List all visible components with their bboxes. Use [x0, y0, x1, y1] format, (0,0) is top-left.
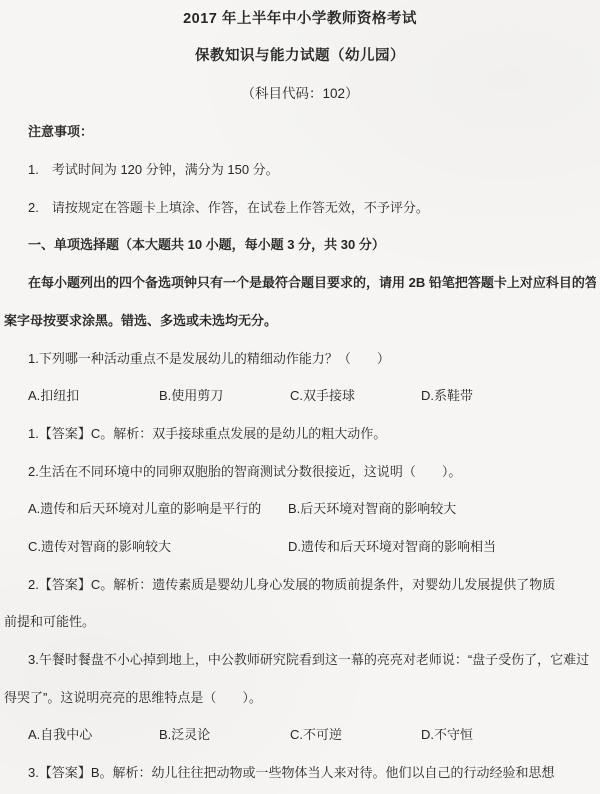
question-2-option-a: A.遗传和后天环境对儿童的影响是平行的	[28, 502, 288, 515]
notice-heading: 注意事项：	[4, 113, 596, 151]
question-3-option-a: A.自我中心	[28, 728, 159, 741]
section-one-instruction-line-1: 在每小题列出的四个备选项钟只有一个是最符合题目要求的，请用 2B 铅笔把答题卡上…	[4, 264, 596, 302]
question-3-stem-line-1: 3.午餐时餐盘不小心掉到地上，中公教师研究院看到这一幕的亮亮对老师说：“盘子受伤…	[4, 641, 596, 679]
question-3-options: A.自我中心 B.泛灵论 C.不可逆 D.不守恒	[4, 716, 596, 754]
section-one-instruction-line-2: 案字母按要求涂黑。错选、多选或未选均无分。	[4, 302, 596, 340]
question-1-option-c: C.双手接球	[290, 389, 421, 402]
question-1-option-a: A.扣纽扣	[28, 389, 159, 402]
question-2-answer-line-1: 2.【答案】C。解析：遗传素质是婴幼儿身心发展的物质前提条件，对婴幼儿发展提供了…	[4, 565, 596, 603]
question-1-stem: 1.下列哪一种活动重点不是发展幼儿的精细动作能力？（ ）	[4, 339, 596, 377]
question-1-options: A.扣纽扣 B.使用剪刀 C.双手接球 D.系鞋带	[4, 377, 596, 415]
question-3-option-c: C.不可逆	[290, 728, 421, 741]
question-2-option-d: D.遗传和后天环境对智商的影响相当	[288, 540, 496, 553]
question-3-option-d: D.不守恒	[421, 728, 473, 741]
question-2-answer-line-2: 前提和可能性。	[4, 603, 596, 641]
exam-subtitle: 保教知识与能力试题（幼儿园）	[4, 38, 596, 76]
notice-item-2: 2. 请按规定在答题卡上填涂、作答，在试卷上作答无效，不予评分。	[4, 188, 596, 226]
question-1-answer: 1.【答案】C。解析：双手接球重点发展的是幼儿的粗大动作。	[4, 415, 596, 453]
exam-paper-page: 2017 年上半年中小学教师资格考试 保教知识与能力试题（幼儿园） （科目代码：…	[0, 0, 600, 791]
question-1-option-b: B.使用剪刀	[159, 389, 290, 402]
question-3-stem-line-2: 得哭了”。这说明亮亮的思维特点是（ ）。	[4, 678, 596, 716]
question-2-options-row-2: C.遗传对智商的影响较大 D.遗传和后天环境对智商的影响相当	[4, 528, 596, 566]
question-2-stem: 2.生活在不同环境中的同卵双胞胎的智商测试分数很接近，这说明（ ）。	[4, 452, 596, 490]
question-3-option-b: B.泛灵论	[159, 728, 290, 741]
section-one-heading: 一、单项选择题（本大题共 10 小题，每小题 3 分，共 30 分）	[4, 226, 596, 264]
question-2-option-b: B.后天环境对智商的影响较大	[288, 502, 456, 515]
question-1-option-d: D.系鞋带	[421, 389, 473, 402]
question-3-answer: 3.【答案】B。解析：幼儿往往把动物或一些物体当人来对待。他们以自己的行动经验和…	[4, 754, 596, 792]
exam-title: 2017 年上半年中小学教师资格考试	[4, 0, 596, 38]
subject-code: （科目代码：102）	[4, 75, 596, 113]
question-2-options-row-1: A.遗传和后天环境对儿童的影响是平行的 B.后天环境对智商的影响较大	[4, 490, 596, 528]
question-2-option-c: C.遗传对智商的影响较大	[28, 540, 288, 553]
notice-item-1: 1. 考试时间为 120 分钟，满分为 150 分。	[4, 151, 596, 189]
